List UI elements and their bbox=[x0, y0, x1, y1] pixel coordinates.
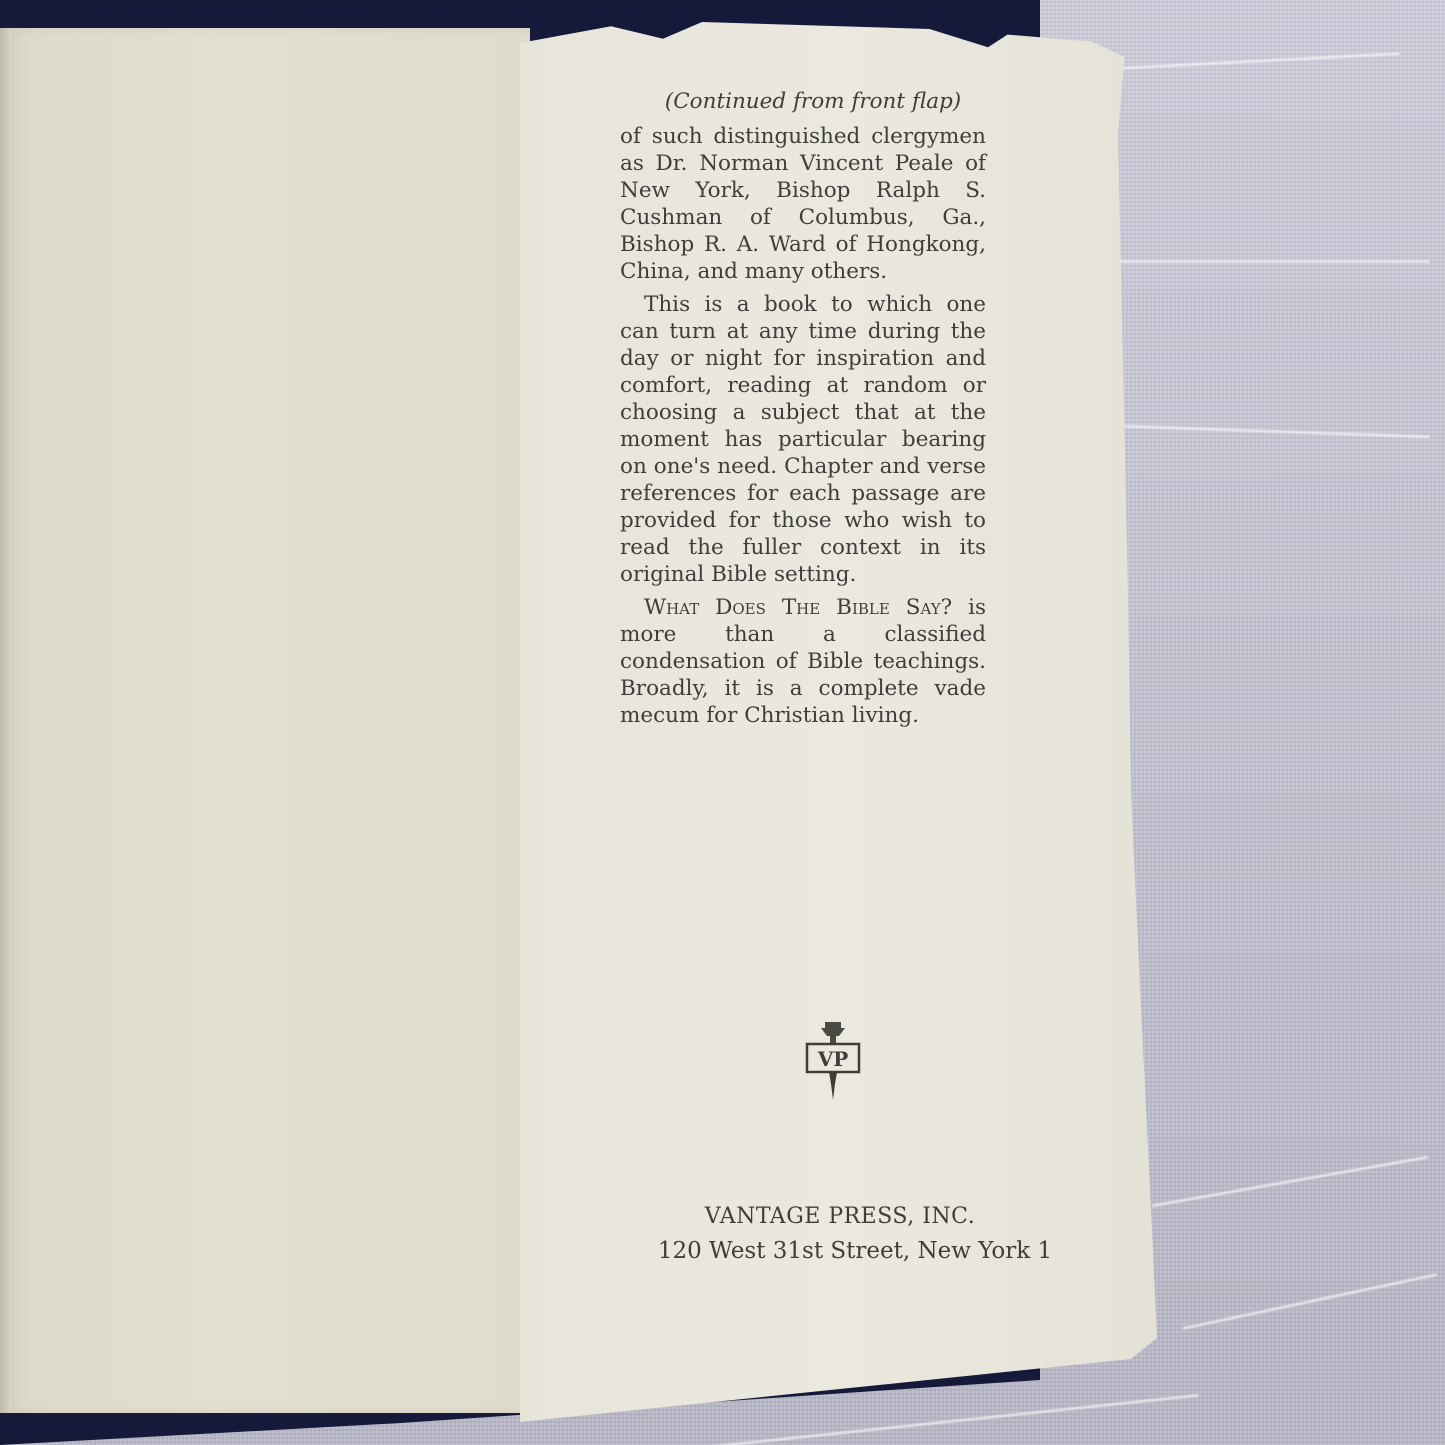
dust-jacket-flap: (Continued from front flap) of such dist… bbox=[520, 22, 1170, 1422]
flap-paragraph-3: What Does The Bible Say? is more than a … bbox=[620, 594, 986, 729]
flap-body-text: (Continued from front flap) of such dist… bbox=[620, 88, 986, 735]
flap-paragraph-1: of such distinguished clergymen as Dr. N… bbox=[620, 123, 986, 285]
book-title-smallcaps: What Does The Bible Say? bbox=[644, 595, 952, 620]
publisher-address: 120 West 31st Street, New York 1 bbox=[645, 1234, 1065, 1268]
plastic-wrap-highlight bbox=[1110, 260, 1430, 263]
endpaper-page bbox=[0, 28, 530, 1413]
publisher-name: VANTAGE PRESS, INC. bbox=[615, 1200, 1065, 1234]
svg-text:VP: VP bbox=[817, 1047, 849, 1071]
plastic-wrap-highlight bbox=[1152, 1156, 1428, 1208]
plastic-wrap-highlight bbox=[701, 1394, 1199, 1445]
continued-note: (Continued from front flap) bbox=[640, 88, 986, 115]
endpaper-edge bbox=[0, 28, 12, 1413]
torch-book-vp-logo-icon: VP bbox=[803, 1022, 863, 1102]
plastic-wrap-highlight bbox=[1183, 1273, 1438, 1330]
plastic-wrap-highlight bbox=[1100, 52, 1400, 71]
flap-paragraph-2: This is a book to which one can turn at … bbox=[620, 291, 986, 588]
plastic-wrap-highlight bbox=[1120, 425, 1430, 439]
publisher-block: VANTAGE PRESS, INC. 120 West 31st Street… bbox=[625, 1200, 1065, 1268]
